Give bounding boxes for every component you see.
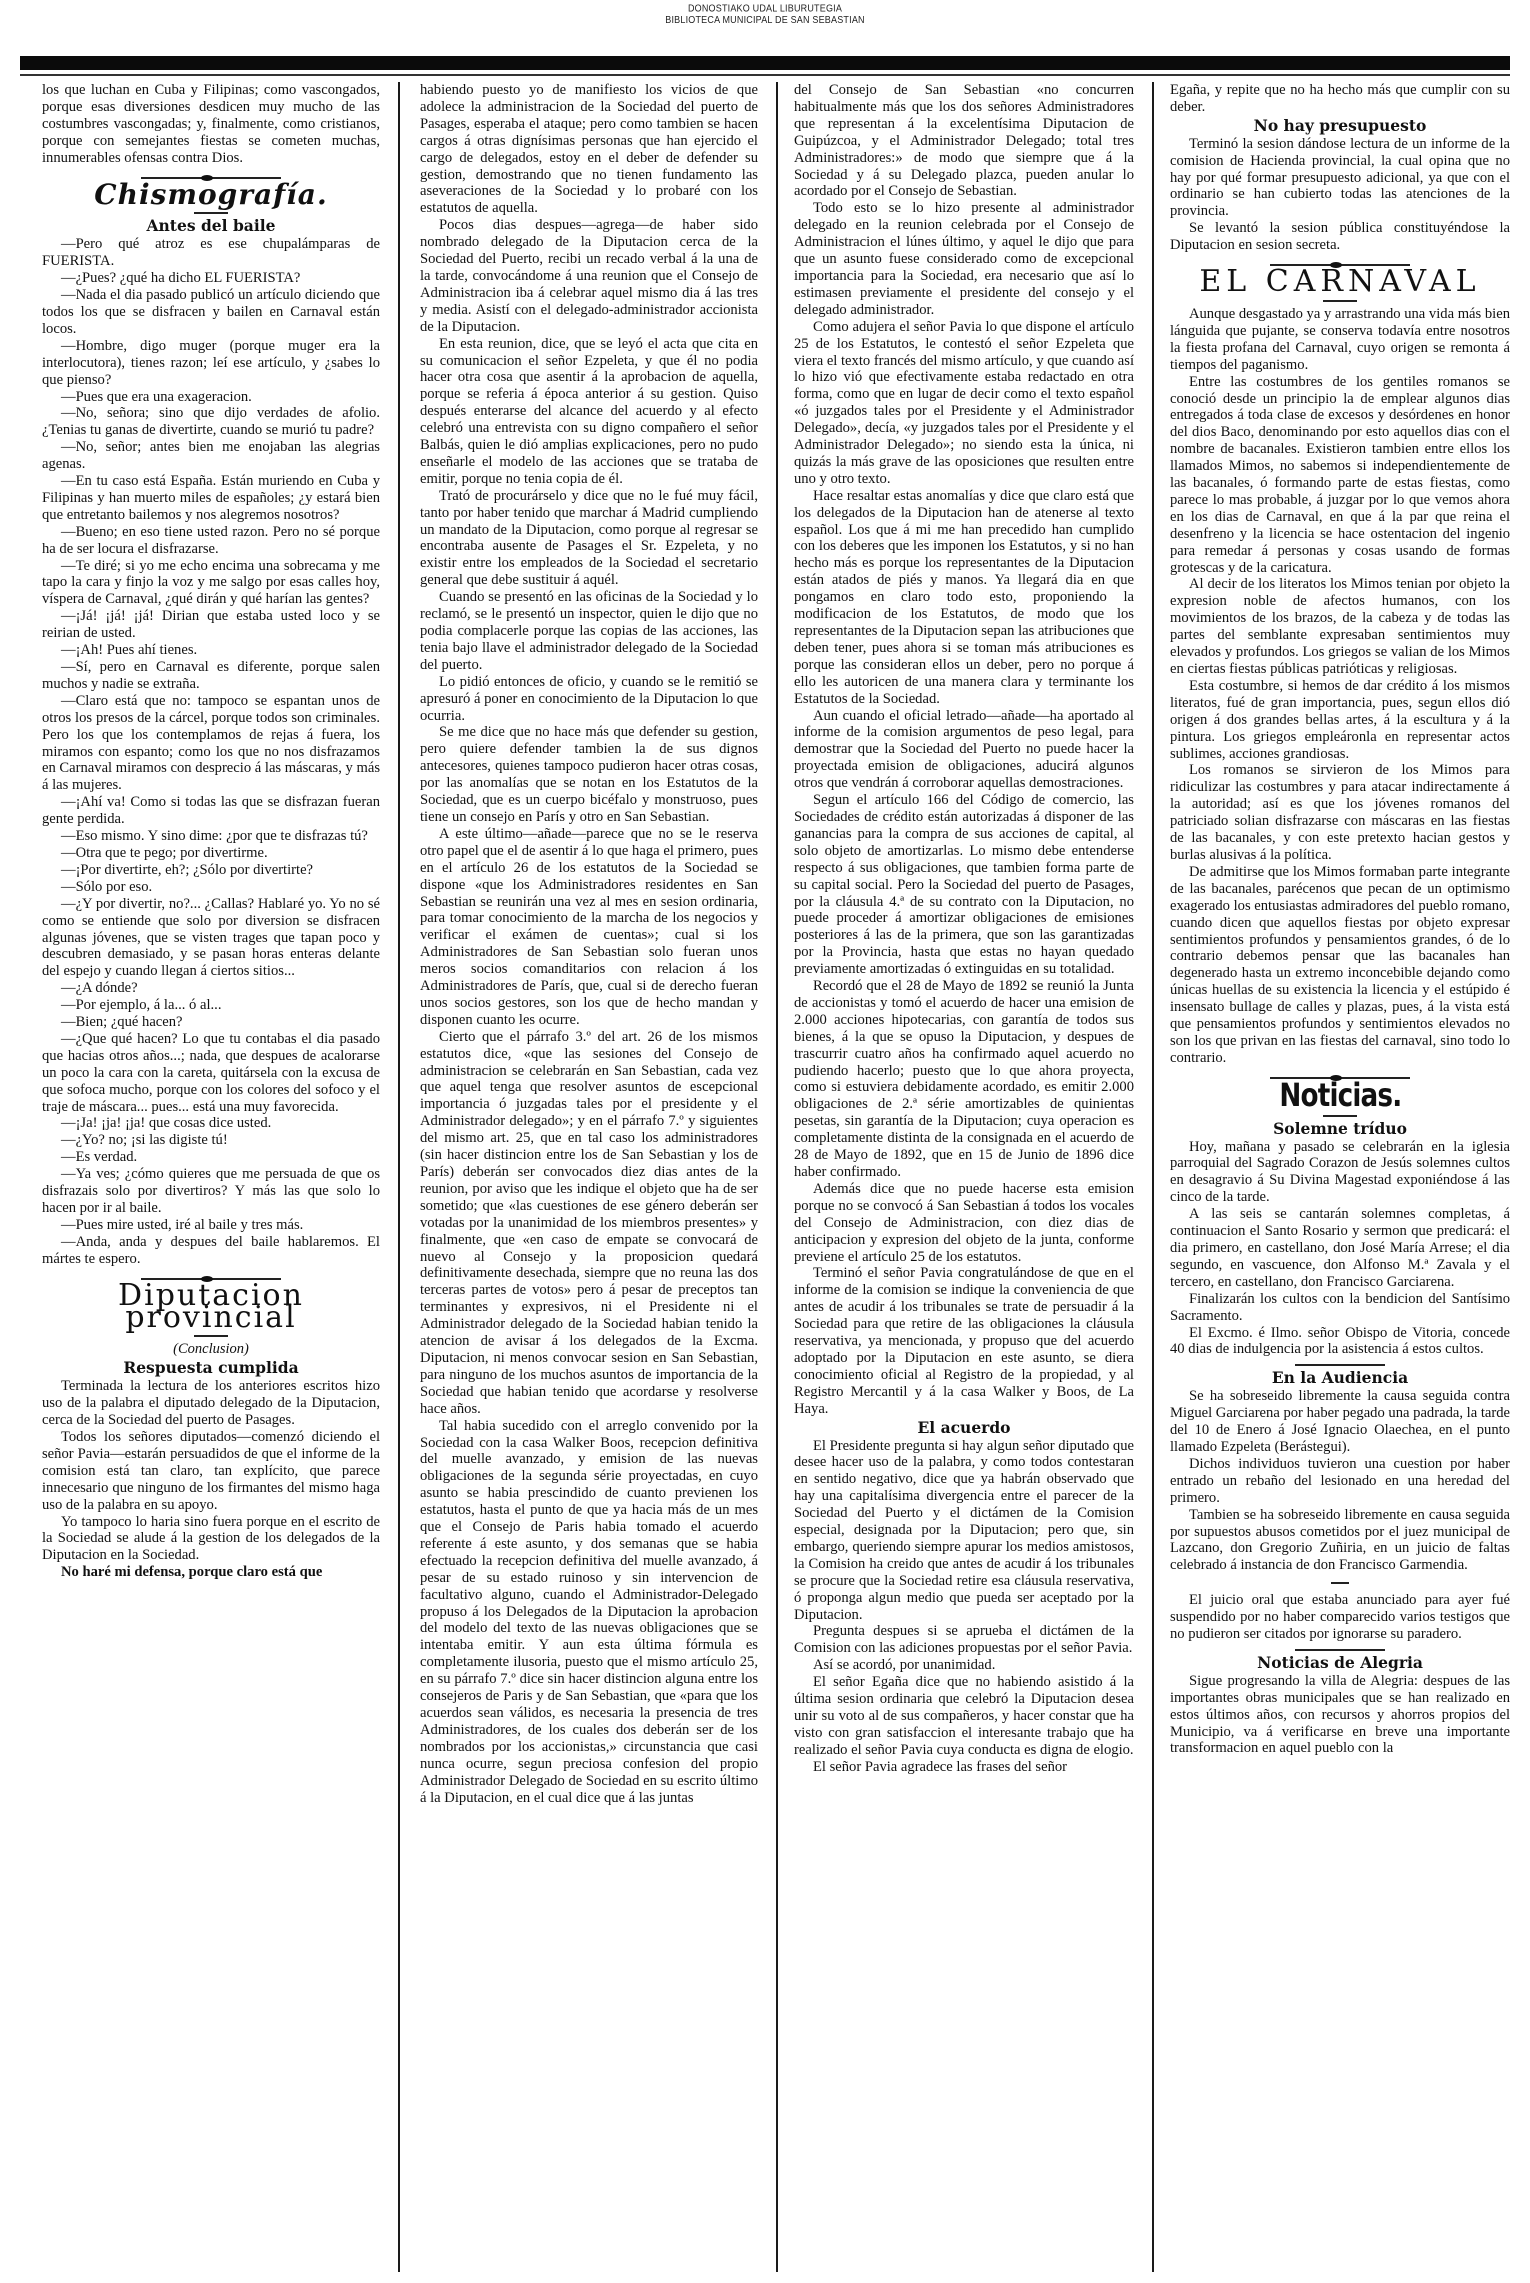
dialogue-line: —Te diré; si yo me echo encima una sobre… [42,558,380,609]
article-paragraph: Todos los señores diputados—comenzó dici… [42,1429,380,1514]
article-paragraph: Terminó la sesion dándose lectura de un … [1170,136,1510,221]
article-paragraph: Hace resaltar estas anomalías y dice que… [794,488,1134,708]
article-paragraph: Terminó el señor Pavia congratulándose d… [794,1265,1134,1417]
dialogue-line: —Eso mismo. Y sino dime: ¿por que te dis… [42,828,380,845]
article-paragraph: Tal habia sucedido con el arreglo conven… [420,1418,758,1807]
article-paragraph: del Consejo de San Sebastian «no concurr… [794,82,1134,200]
dialogue-line: —Pues que era una exageracion. [42,389,380,406]
column-1: los que luchan en Cuba y Filipinas; como… [42,82,380,2277]
divider-ornament [141,177,281,179]
divider [194,212,228,214]
dialogue-line: —Pues mire usted, iré al baile y tres má… [42,1217,380,1234]
dialogue-line: —Bien; ¿qué hacen? [42,1014,380,1031]
article-paragraph: Finalizarán los cultos con la bendicion … [1170,1291,1510,1325]
article-paragraph: Trató de procurárselo y dice que no le f… [420,488,758,589]
article-paragraph: No haré mi defensa, porque claro está qu… [42,1564,380,1581]
article-text: Egaña, y repite que no ha hecho más que … [1170,82,1510,116]
article-paragraph: Se ha sobreseido libremente la causa seg… [1170,1388,1510,1456]
article-paragraph: Cuando se presentó en las oficinas de la… [420,589,758,674]
dialogue-line: —Por ejemplo, á la... ó al... [42,997,380,1014]
divider [1323,1115,1357,1117]
dialogue-line: —Hombre, digo muger (porque muger era la… [42,338,380,389]
masthead-rule [20,74,1510,76]
article-paragraph: Se me dice que no hace más que defender … [420,724,758,825]
article-paragraph: Terminada la lectura de los anteriores e… [42,1378,380,1429]
article-paragraph: Segun el artículo 166 del Código de come… [794,792,1134,978]
subheading: En la Audiencia [1170,1370,1510,1387]
article-paragraph: De admitirse que los Mimos formaban part… [1170,864,1510,1067]
article-paragraph: Aunque desgastado ya y arrastrando una v… [1170,306,1510,374]
column-separator [398,82,400,2272]
section-title: Chismografía. [94,178,327,211]
divider [1295,1649,1385,1651]
article-paragraph: Esta costumbre, si hemos de dar crédito … [1170,678,1510,763]
section-title: Noticias. [1279,1087,1401,1104]
section-title-diputacion: Diputacion provincial [42,1288,380,1332]
subheading: Noticias de Alegria [1170,1655,1510,1672]
dialogue-line: —¡Ah! Pues ahí tienes. [42,642,380,659]
divider [194,1335,228,1337]
dialogue-line: —Sí, pero en Carnaval es diferente, porq… [42,659,380,693]
divider-ornament [1270,264,1410,266]
dialogue-line: —¡Ahí va! Como si todas las que se disfr… [42,794,380,828]
article-text: los que luchan en Cuba y Filipinas; como… [42,82,380,167]
article-paragraph: Hoy, mañana y pasado se celebrarán en la… [1170,1139,1510,1207]
dialogue-line: —No, señora; sino que dijo verdades de a… [42,405,380,439]
article-paragraph: Así se acordó, por unanimidad. [794,1657,1134,1674]
article-paragraph: Pocos dias despues—agrega—de haber sido … [420,217,758,335]
column-3: del Consejo de San Sebastian «no concurr… [794,82,1134,2277]
dialogue-line: —Otra que te pego; por divertirme. [42,845,380,862]
dialogue-line: —¡Por divertirte, eh?; ¿Sólo por diverti… [42,862,380,879]
article-paragraph: En esta reunion, dice, que se leyó el ac… [420,336,758,488]
column-separator [776,82,778,2272]
article-paragraph: Sigue progresando la villa de Alegria: d… [1170,1673,1510,1758]
divider-ornament [141,1278,281,1280]
article-paragraph: Al decir de los literatos los Mimos teni… [1170,576,1510,677]
article-paragraph: Todo esto se lo hizo presente al adminis… [794,200,1134,318]
article-paragraph: Se levantó la sesion pública constituyén… [1170,220,1510,254]
dialogue-line: —Nada el dia pasado publicó un artículo … [42,287,380,338]
article-paragraph: El Excmo. é Ilmo. señor Obispo de Vitori… [1170,1325,1510,1359]
divider [1323,300,1357,302]
section-title-carnaval: EL CARNAVAL [1170,274,1510,296]
library-header: DONOSTIAKO UDAL LIBURUTEGIA BIBLIOTECA M… [0,3,1530,26]
article-paragraph: Cierto que el párrafo 3.º del art. 26 de… [420,1029,758,1418]
dialogue-line: —Ya ves; ¿cómo quieres que me persuada d… [42,1166,380,1217]
newspaper-columns: los que luchan en Cuba y Filipinas; como… [42,82,1517,2277]
dialogue-line: —¡Já! ¡já! ¡já! Dirian que estaba usted … [42,608,380,642]
article-paragraph: A las seis se cantarán solemnes completa… [1170,1206,1510,1291]
dialogue-line: —¡Ja! ¡ja! ¡ja! que cosas dice usted. [42,1115,380,1132]
dialogue-line: —¿Que qué hacen? Lo que tu contabas el d… [42,1031,380,1116]
dialogue-line: —¿Pues? ¿qué ha dicho EL FUERISTA? [42,270,380,287]
article-paragraph: El señor Pavia agradece las frases del s… [794,1759,1134,1776]
dialogue-line: —¿A dónde? [42,980,380,997]
column-4: Egaña, y repite que no ha hecho más que … [1170,82,1510,2277]
article-paragraph: habiendo puesto yo de manifiesto los vic… [420,82,758,217]
dialogue-line: —Bueno; en eso tiene usted razon. Pero n… [42,524,380,558]
dialogue-line: —¿Y por divertir, no?... ¿Callas? Hablar… [42,896,380,981]
article-paragraph: El Presidente pregunta si hay algun seño… [794,1438,1134,1624]
article-paragraph: El señor Egaña dice que no habiendo asis… [794,1674,1134,1759]
section-title-noticias: Noticias. [1170,1087,1510,1111]
section-title-chismografia: Chismografía. [42,187,380,209]
dialogue-line: —En tu caso está España. Están muriendo … [42,473,380,524]
dialogue-line: —¿Yo? no; ¡si las digiste tú! [42,1132,380,1149]
article-paragraph: Además dice que no puede hacerse esta em… [794,1181,1134,1266]
dialogue-line: —Claro está que no: tampoco se espantan … [42,693,380,794]
dialogue-line: —Anda, anda y despues del baile hablarem… [42,1234,380,1268]
dialogue-line: —Es verdad. [42,1149,380,1166]
article-paragraph: Yo tampoco lo haria sino fuera porque en… [42,1514,380,1565]
article-paragraph: Como adujera el señor Pavia lo que dispo… [794,319,1134,488]
article-paragraph: Tambien se ha sobreseido libremente en c… [1170,1507,1510,1575]
column-separator [1152,82,1154,2272]
section-title: EL CARNAVAL [1199,264,1480,299]
library-name-basque: DONOSTIAKO UDAL LIBURUTEGIA [0,3,1530,15]
article-paragraph: Entre las costumbres de los gentiles rom… [1170,374,1510,577]
subheading: No hay presupuesto [1170,118,1510,135]
article-paragraph: Recordó que el 28 de Mayo de 1892 se reu… [794,978,1134,1181]
column-2: habiendo puesto yo de manifiesto los vic… [420,82,758,2277]
dialogue-line: —Sólo por eso. [42,879,380,896]
subheading: Respuesta cumplida [42,1360,380,1377]
subheading: El acuerdo [794,1420,1134,1437]
conclusion-note: (Conclusion) [42,1341,380,1358]
subheading: Antes del baile [42,218,380,235]
section-title: Diputacion provincial [118,1278,304,1335]
library-name-spanish: BIBLIOTECA MUNICIPAL DE SAN SEBASTIAN [0,14,1530,26]
article-paragraph: El juicio oral que estaba anunciado para… [1170,1592,1510,1643]
subheading: Solemne tríduo [1170,1121,1510,1138]
dialogue-line: —No, señor; antes bien me enojaban las a… [42,439,380,473]
article-paragraph: Dichos individuos tuvieron una cuestion … [1170,1456,1510,1507]
article-paragraph: Lo pidió entonces de oficio, y cuando se… [420,674,758,725]
article-paragraph: A este último—añade—parece que no se le … [420,826,758,1029]
masthead-bar [20,56,1510,70]
dialogue-line: —Pero qué atroz es ese chupalámparas de … [42,236,380,270]
article-paragraph: Pregunta despues si se aprueba el dictám… [794,1623,1134,1657]
article-paragraph: Los romanos se sirvieron de los Mimos pa… [1170,762,1510,863]
divider [1331,1582,1349,1584]
divider [1295,1364,1385,1366]
article-paragraph: Aun cuando el oficial letrado—añade—ha a… [794,708,1134,793]
